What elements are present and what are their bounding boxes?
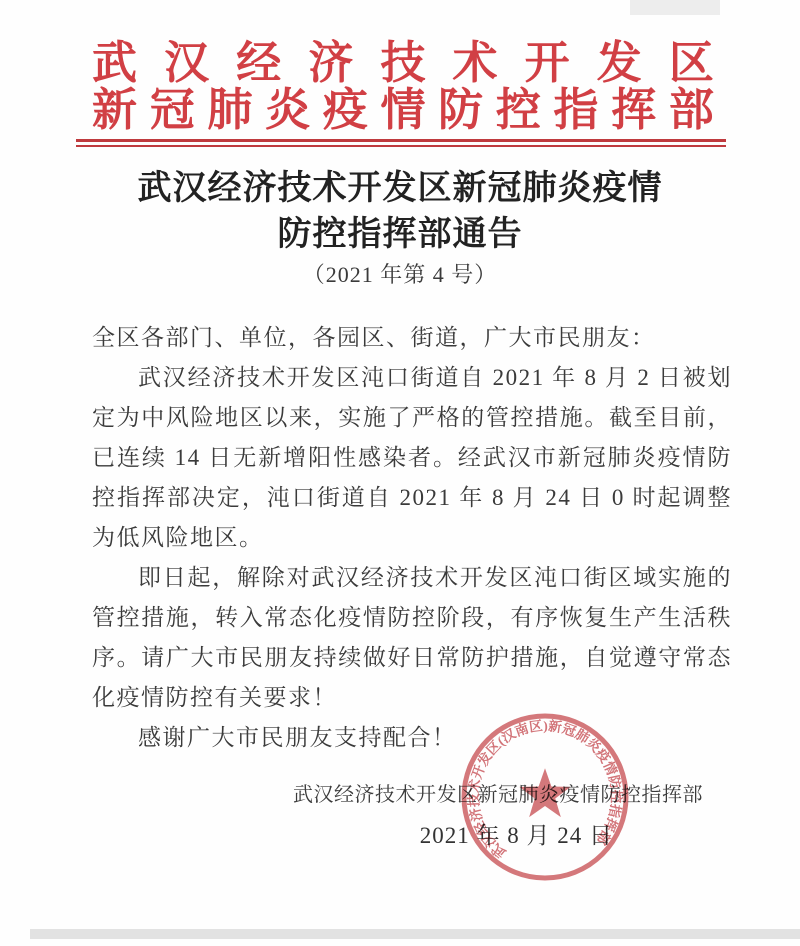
notice-title-line2: 防控指挥部通告 bbox=[0, 212, 800, 258]
letterhead: 武汉经济技术开发区 新冠肺炎疫情防控指挥部 bbox=[92, 40, 714, 134]
notice-title: 武汉经济技术开发区新冠肺炎疫情 防控指挥部通告 bbox=[0, 166, 800, 258]
notice-document-page: 武汉经济技术开发区 新冠肺炎疫情防控指挥部 武汉经济技术开发区新冠肺炎疫情 防控… bbox=[0, 0, 800, 946]
letterhead-line2: 新冠肺炎疫情防控指挥部 bbox=[92, 87, 714, 134]
notice-body: 全区各部门、单位，各园区、街道，广大市民朋友： 武汉经济技术开发区沌口街道自 2… bbox=[92, 318, 732, 758]
letterhead-divider-rule bbox=[76, 139, 726, 147]
doc-number: （2021 年第 4 号） bbox=[0, 258, 800, 289]
body-paragraph: 感谢广大市民朋友支持配合！ bbox=[92, 718, 732, 758]
scan-artifact-bottom bbox=[30, 929, 800, 939]
notice-title-line1: 武汉经济技术开发区新冠肺炎疫情 bbox=[0, 166, 800, 212]
salutation-line: 全区各部门、单位，各园区、街道，广大市民朋友： bbox=[92, 318, 732, 358]
scan-artifact-top bbox=[630, 0, 720, 15]
signature-org-line: 武汉经济技术开发区新冠肺炎疫情防控指挥部 bbox=[293, 778, 703, 807]
letterhead-line1: 武汉经济技术开发区 bbox=[92, 40, 714, 87]
signature-date-line: 2021 年 8 月 24 日 bbox=[420, 817, 613, 850]
body-paragraph: 武汉经济技术开发区沌口街道自 2021 年 8 月 2 日被划定为中风险地区以来… bbox=[92, 358, 732, 558]
body-paragraph: 即日起，解除对武汉经济技术开发区沌口街区域实施的管控措施，转入常态化疫情防控阶段… bbox=[92, 558, 732, 718]
